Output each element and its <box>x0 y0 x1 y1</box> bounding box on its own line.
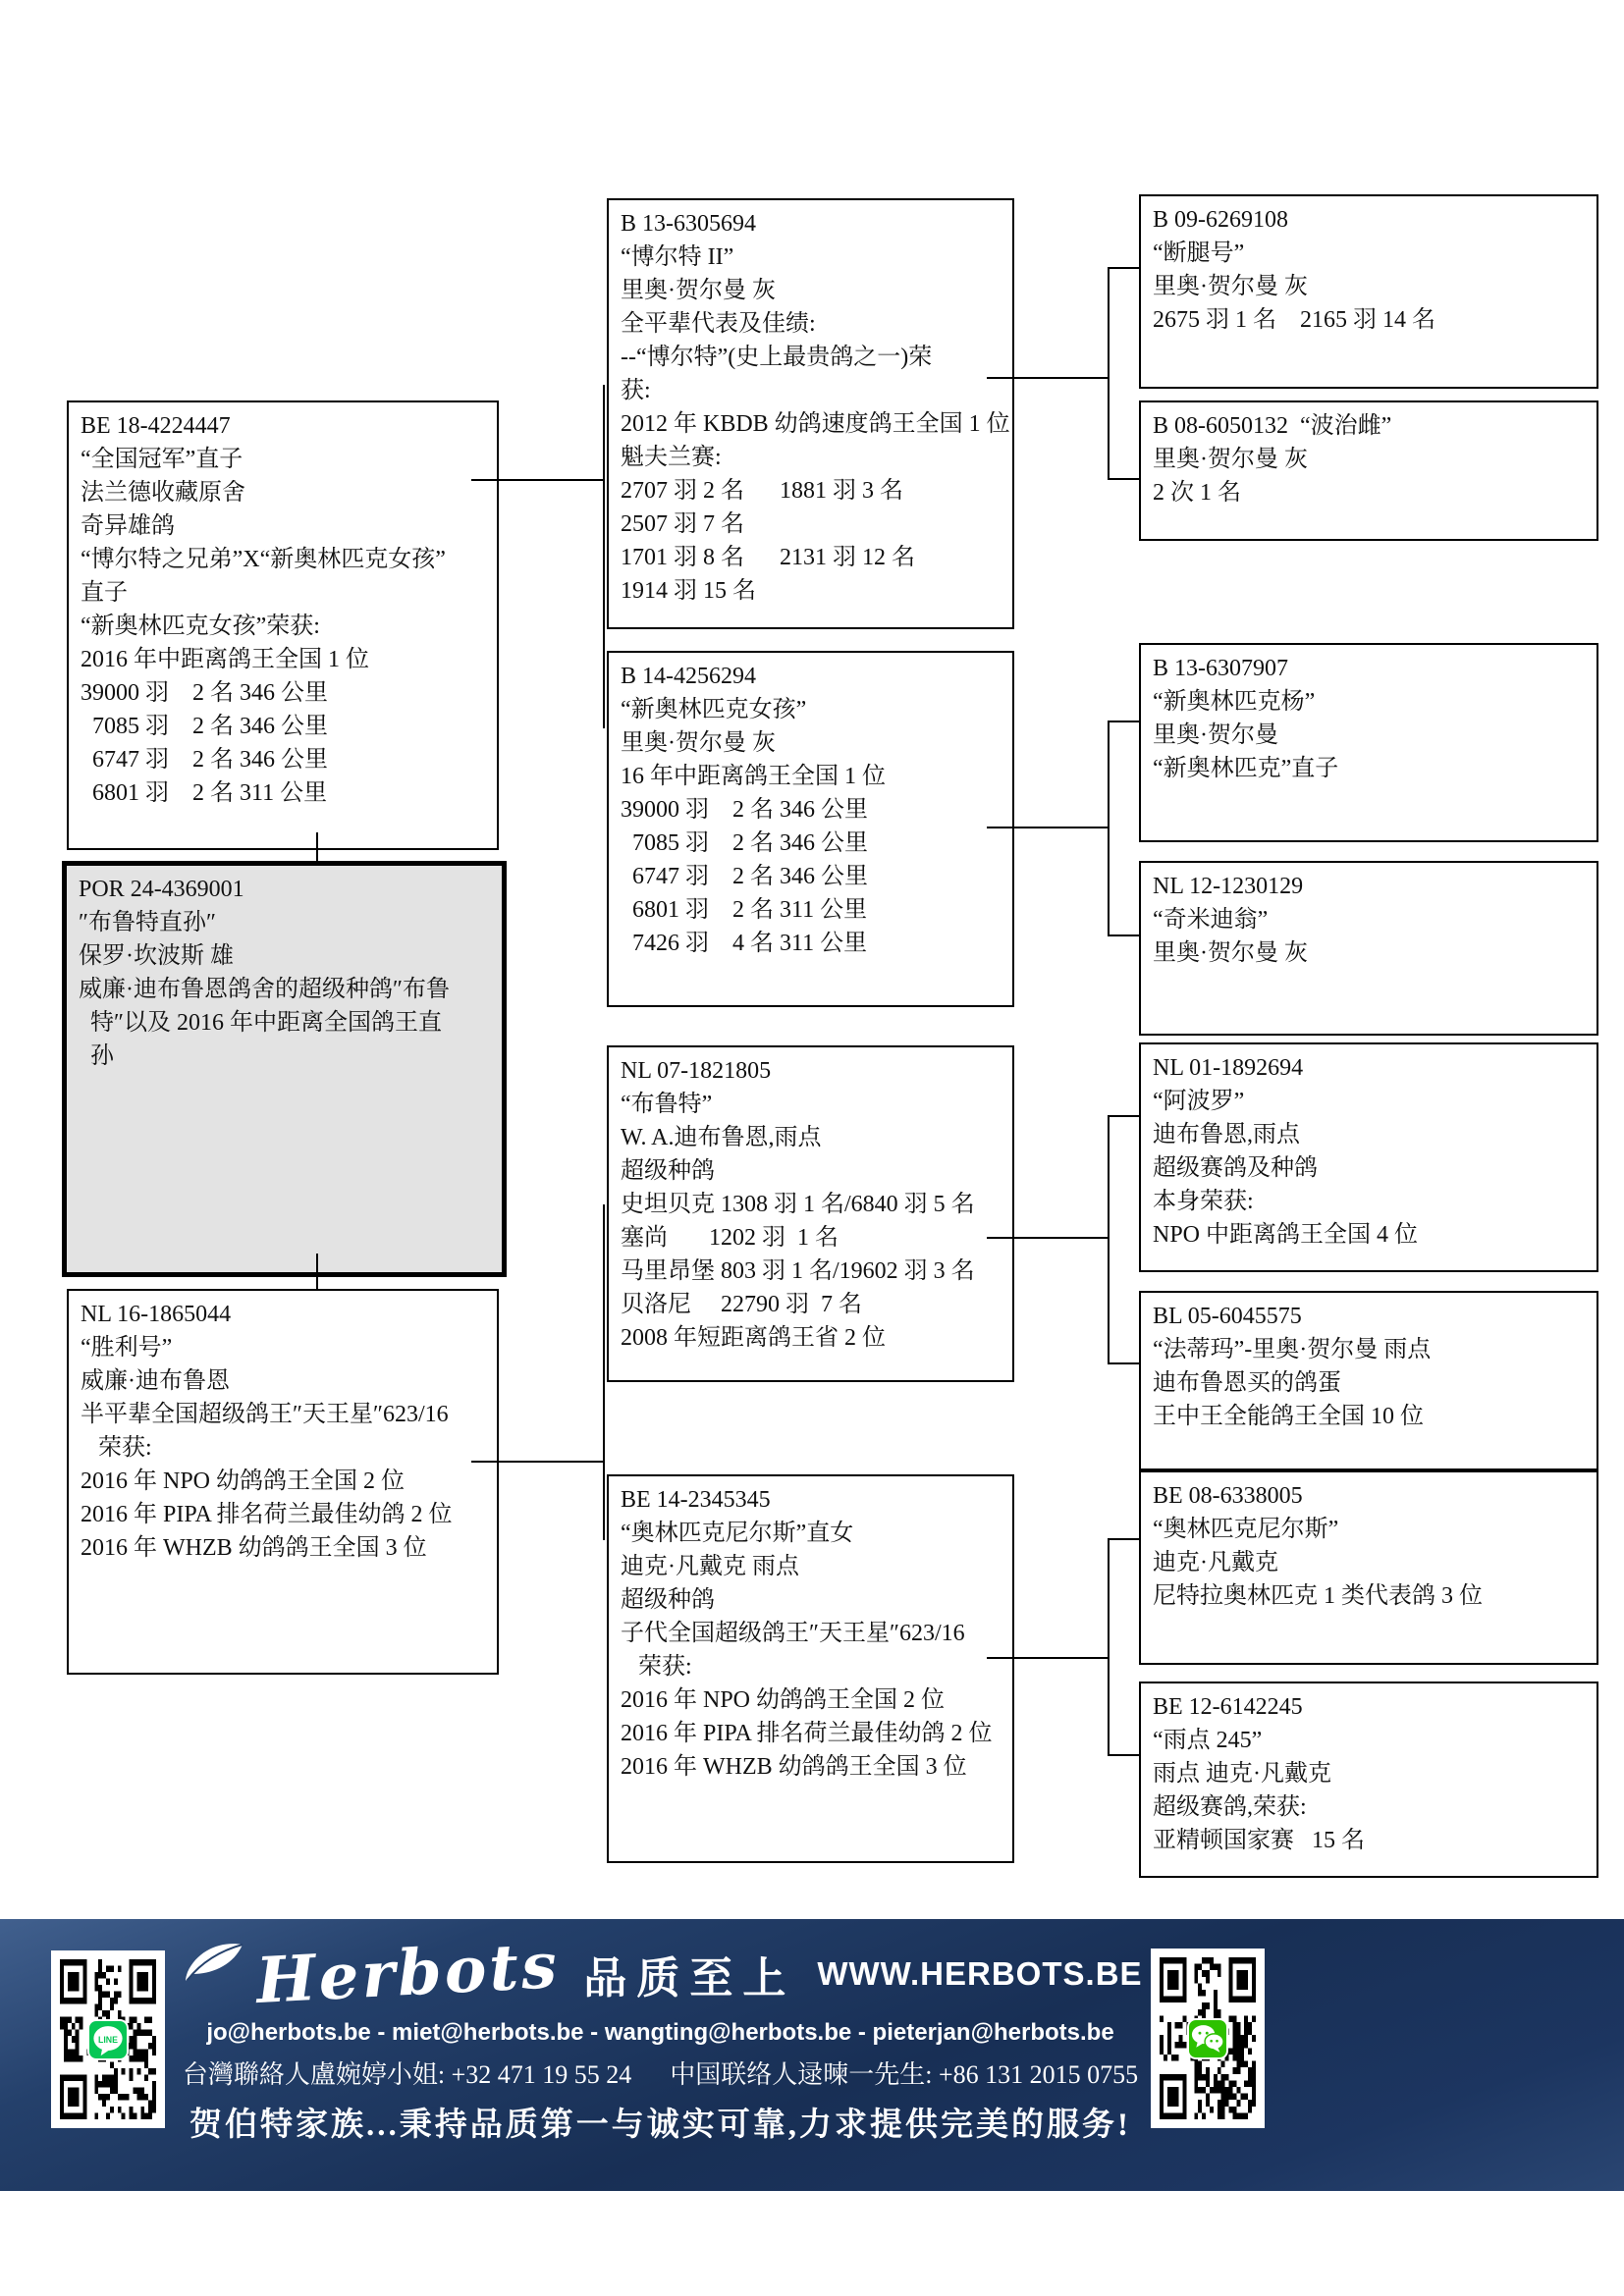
text-line: 2 次 1 名 <box>1153 476 1585 509</box>
pedigree-box-b08: B 08-6050132 “波治雌”里奥·贺尔曼 灰2 次 1 名 <box>1139 400 1598 541</box>
text-line: B 14-4256294 <box>621 660 1001 693</box>
text-line: 里奥·贺尔曼 灰 <box>1153 936 1585 970</box>
text-line: 2016 年中距离鸽王全国 1 位 <box>81 643 485 676</box>
brand-logo: Herbots 品质至上 WWW.HERBOTS.BE <box>178 1931 1142 2017</box>
text-line: 迪布鲁恩,雨点 <box>1153 1118 1585 1151</box>
text-line: 2016 年 PIPA 排名荷兰最佳幼鸽 2 位 <box>621 1717 1001 1750</box>
text-line: 2016 年 WHZB 幼鸽鸽王全国 3 位 <box>621 1750 1001 1784</box>
connector-line <box>1108 1538 1110 1756</box>
connector-line <box>316 832 318 862</box>
text-line: 超级种鸽 <box>621 1583 1001 1617</box>
website-link[interactable]: WWW.HERBOTS.BE <box>817 1955 1142 1993</box>
text-line: 2675 羽 1 名 2165 羽 14 名 <box>1153 303 1585 337</box>
text-line: 直子 <box>81 576 485 610</box>
text-line: “新奥林匹克”直子 <box>1153 752 1585 785</box>
text-line: BL 05-6045575 <box>1153 1300 1585 1333</box>
text-line: “法蒂玛”-里奥·贺尔曼 雨点 <box>1153 1333 1585 1366</box>
text-line: 迪布鲁恩买的鸽蛋 <box>1153 1366 1585 1400</box>
text-line: W. A.迪布鲁恩,雨点 <box>621 1121 1001 1154</box>
connector-line <box>1108 1754 1139 1756</box>
text-line: “新奥林匹克女孩” <box>621 693 1001 726</box>
text-line: 雨点 迪克·凡戴克 <box>1153 1757 1585 1790</box>
text-line: NL 16-1865044 <box>81 1298 485 1331</box>
text-line: 2012 年 KBDB 幼鸽速度鸽王全国 1 位 <box>621 407 1001 441</box>
text-line: 尼特拉奥林匹克 1 类代表鸽 3 位 <box>1153 1579 1585 1613</box>
pedigree-box-subject: POR 24-4369001″布鲁特直孙″保罗·坎波斯 雄威廉·迪布鲁恩鸽舍的超… <box>62 861 507 1277</box>
connector-line <box>987 1237 1110 1239</box>
text-line: “博尔特 II” <box>621 240 1001 274</box>
text-line: 迪克·凡戴克 雨点 <box>621 1550 1001 1583</box>
text-line: 史坦贝克 1308 羽 1 名/6840 羽 5 名 <box>621 1188 1001 1221</box>
text-line: “全国冠军”直子 <box>81 443 485 476</box>
text-line: 2507 羽 7 名 <box>621 507 1001 541</box>
text-line: 本身荣获: <box>1153 1185 1585 1218</box>
text-line: “博尔特之兄弟”X“新奥林匹克女孩” <box>81 543 485 576</box>
text-line: NL 12-1230129 <box>1153 870 1585 903</box>
text-line: 1701 羽 8 名 2131 羽 12 名 <box>621 541 1001 574</box>
text-line: 亚精顿国家赛 15 名 <box>1153 1824 1585 1857</box>
connector-line <box>471 479 605 481</box>
connector-line <box>1108 721 1139 722</box>
text-line: 7426 羽 4 名 311 公里 <box>621 927 1001 960</box>
text-line: 魁夫兰赛: <box>621 441 1001 474</box>
text-line: 2008 年短距离鸽王省 2 位 <box>621 1321 1001 1355</box>
connector-line <box>471 1461 605 1463</box>
text-line: 2016 年 NPO 幼鸽鸽王全国 2 位 <box>621 1683 1001 1717</box>
footer-banner: LINE Herbots 品质至上 WWW.HERBOTS.BE <box>0 1919 1624 2191</box>
text-line: 威廉·迪布鲁恩鸽舍的超级种鸽″布鲁 <box>79 973 490 1006</box>
pedigree-box-b09: B 09-6269108“断腿号”里奥·贺尔曼 灰2675 羽 1 名 2165… <box>1139 194 1598 389</box>
text-line: 里奥·贺尔曼 灰 <box>621 726 1001 760</box>
text-line: “阿波罗” <box>1153 1085 1585 1118</box>
footer-slogan: 贺伯特家族...秉持品质第一与诚实可靠,力求提供完美的服务! <box>189 2099 1131 2145</box>
connector-line <box>1108 934 1139 936</box>
text-line: 里奥·贺尔曼 灰 <box>1153 443 1585 476</box>
text-line: 7085 羽 2 名 346 公里 <box>621 827 1001 860</box>
text-line: “布鲁特” <box>621 1088 1001 1121</box>
pedigree-box-nl01: NL 01-1892694“阿波罗”迪布鲁恩,雨点超级赛鸽及种鸽本身荣获:NPO… <box>1139 1042 1598 1272</box>
pedigree-box-b13b: B 13-6307907“新奥林匹克杨”里奥·贺尔曼“新奥林匹克”直子 <box>1139 643 1598 842</box>
pedigree-box-be08: BE 08-6338005“奥林匹克尼尔斯”迪克·凡戴克尼特拉奥林匹克 1 类代… <box>1139 1470 1598 1665</box>
text-line: 荣获: <box>81 1431 485 1465</box>
text-line: 里奥·贺尔曼 灰 <box>1153 270 1585 303</box>
text-line: 7085 羽 2 名 346 公里 <box>81 710 485 743</box>
text-line: 6747 羽 2 名 346 公里 <box>81 743 485 776</box>
email-links[interactable]: jo@herbots.be - miet@herbots.be - wangti… <box>206 2019 1113 2047</box>
text-line: 16 年中距离鸽王全国 1 位 <box>621 760 1001 793</box>
connector-line <box>1108 1115 1110 1364</box>
text-line: 里奥·贺尔曼 灰 <box>621 274 1001 307</box>
text-line: 39000 羽 2 名 346 公里 <box>81 676 485 710</box>
text-line: 迪克·凡戴克 <box>1153 1546 1585 1579</box>
text-line: “新奥林匹克女孩”荣获: <box>81 610 485 643</box>
text-line: BE 08-6338005 <box>1153 1479 1585 1513</box>
text-line: “奥林匹克尼尔斯”直女 <box>621 1517 1001 1550</box>
text-line: 超级赛鸽及种鸽 <box>1153 1151 1585 1185</box>
text-line: 39000 羽 2 名 346 公里 <box>621 793 1001 827</box>
text-line: NL 07-1821805 <box>621 1054 1001 1088</box>
pedigree-box-nl12: NL 12-1230129“奇米迪翁”里奥·贺尔曼 灰 <box>1139 861 1598 1036</box>
pedigree-box-b14: B 14-4256294“新奥林匹克女孩”里奥·贺尔曼 灰16 年中距离鸽王全国… <box>607 651 1014 1007</box>
connector-line <box>987 827 1110 828</box>
text-line: --“博尔特”(史上最贵鸽之一)荣 <box>621 341 1001 374</box>
pedigree-box-mother: NL 16-1865044“胜利号”威廉·迪布鲁恩半平辈全国超级鸽王″天王星″6… <box>67 1289 499 1675</box>
text-line: 2016 年 PIPA 排名荷兰最佳幼鸽 2 位 <box>81 1498 485 1531</box>
connector-line <box>1108 267 1110 480</box>
line-app-icon: LINE <box>87 2019 129 2060</box>
text-line: 塞尚 1202 羽 1 名 <box>621 1221 1001 1255</box>
text-line: “新奥林匹克杨” <box>1153 685 1585 719</box>
text-line: 获: <box>621 374 1001 407</box>
connector-line <box>1108 1362 1139 1364</box>
wechat-icon <box>1187 2018 1228 2059</box>
text-line: B 08-6050132 “波治雌” <box>1153 409 1585 443</box>
pedigree-box-be14: BE 14-2345345“奥林匹克尼尔斯”直女迪克·凡戴克 雨点超级种鸽子代全… <box>607 1474 1014 1863</box>
text-line: 法兰德收藏原舍 <box>81 476 485 509</box>
connector-line <box>987 1657 1110 1659</box>
text-line: “断腿号” <box>1153 237 1585 270</box>
text-line: B 13-6305694 <box>621 207 1001 240</box>
text-line: 半平辈全国超级鸽王″天王星″623/16 <box>81 1398 485 1431</box>
text-line: 孙 <box>79 1040 490 1073</box>
connector-line <box>1108 721 1110 936</box>
connector-line <box>1108 478 1139 480</box>
contact-info: 台灣聯絡人盧婉婷小姐: +32 471 19 55 24 中国联络人逯暕一先生:… <box>183 2055 1138 2091</box>
text-line: ″布鲁特直孙″ <box>79 906 490 939</box>
text-line: “奇米迪翁” <box>1153 903 1585 936</box>
text-line: 保罗·坎波斯 雄 <box>79 939 490 973</box>
text-line: 2016 年 WHZB 幼鸽鸽王全国 3 位 <box>81 1531 485 1565</box>
text-line: 奇异雄鸽 <box>81 509 485 543</box>
brand-tagline-cn: 品质至上 <box>583 1943 795 2005</box>
text-line: 里奥·贺尔曼 <box>1153 719 1585 752</box>
text-line: BE 14-2345345 <box>621 1483 1001 1517</box>
text-line: 贝洛尼 22790 羽 7 名 <box>621 1288 1001 1321</box>
feather-icon <box>178 1941 246 1988</box>
text-line: 6747 羽 2 名 346 公里 <box>621 860 1001 893</box>
text-line: 2016 年 NPO 幼鸽鸽王全国 2 位 <box>81 1465 485 1498</box>
text-line: 超级种鸽 <box>621 1154 1001 1188</box>
pedigree-box-be12: BE 12-6142245“雨点 245”雨点 迪克·凡戴克超级赛鸽,荣获:亚精… <box>1139 1682 1598 1878</box>
text-line: 王中王全能鸽王全国 10 位 <box>1153 1400 1585 1433</box>
connector-line <box>1108 267 1139 269</box>
pedigree-box-b13: B 13-6305694“博尔特 II”里奥·贺尔曼 灰全平辈代表及佳绩:--“… <box>607 198 1014 629</box>
connector-line <box>987 377 1110 379</box>
text-line: “雨点 245” <box>1153 1724 1585 1757</box>
text-line: BE 12-6142245 <box>1153 1690 1585 1724</box>
text-line: 超级赛鸽,荣获: <box>1153 1790 1585 1824</box>
text-line: 6801 羽 2 名 311 公里 <box>81 776 485 810</box>
brand-name: Herbots <box>255 1932 562 2016</box>
connector-line <box>1108 1538 1139 1540</box>
pedigree-page: { "colors":{ "box_border":"#000000", "su… <box>0 0 1624 2296</box>
text-line: NL 01-1892694 <box>1153 1051 1585 1085</box>
text-line: B 09-6269108 <box>1153 203 1585 237</box>
text-line: 马里昂堡 803 羽 1 名/19602 羽 3 名 <box>621 1255 1001 1288</box>
pedigree-box-nl07: NL 07-1821805“布鲁特”W. A.迪布鲁恩,雨点超级种鸽史坦贝克 1… <box>607 1045 1014 1382</box>
text-line: 特″以及 2016 年中距离全国鸽王直 <box>79 1006 490 1040</box>
connector-line <box>603 1204 605 1540</box>
text-line: POR 24-4369001 <box>79 873 490 906</box>
pedigree-box-bl05: BL 05-6045575“法蒂玛”-里奥·贺尔曼 雨点迪布鲁恩买的鸽蛋王中王全… <box>1139 1291 1598 1470</box>
svg-text:LINE: LINE <box>98 2034 118 2044</box>
text-line: NPO 中距离鸽王全国 4 位 <box>1153 1218 1585 1252</box>
text-line: 2707 羽 2 名 1881 羽 3 名 <box>621 474 1001 507</box>
text-line: 1914 羽 15 名 <box>621 574 1001 608</box>
text-line: 威廉·迪布鲁恩 <box>81 1364 485 1398</box>
text-line: 6801 羽 2 名 311 公里 <box>621 893 1001 927</box>
text-line: “胜利号” <box>81 1331 485 1364</box>
pedigree-box-father: BE 18-4224447“全国冠军”直子法兰德收藏原舍奇异雄鸽“博尔特之兄弟”… <box>67 400 499 850</box>
line-qr-code[interactable]: LINE <box>51 1950 165 2128</box>
text-line: 荣获: <box>621 1650 1001 1683</box>
text-line: B 13-6307907 <box>1153 652 1585 685</box>
text-line: BE 18-4224447 <box>81 409 485 443</box>
text-line: 子代全国超级鸽王″天王星″623/16 <box>621 1617 1001 1650</box>
connector-line <box>316 1254 318 1290</box>
connector-line <box>603 385 605 728</box>
text-line: 全平辈代表及佳绩: <box>621 307 1001 341</box>
connector-line <box>1108 1115 1139 1117</box>
wechat-qr-code[interactable] <box>1151 1949 1265 2128</box>
text-line: “奥林匹克尼尔斯” <box>1153 1513 1585 1546</box>
